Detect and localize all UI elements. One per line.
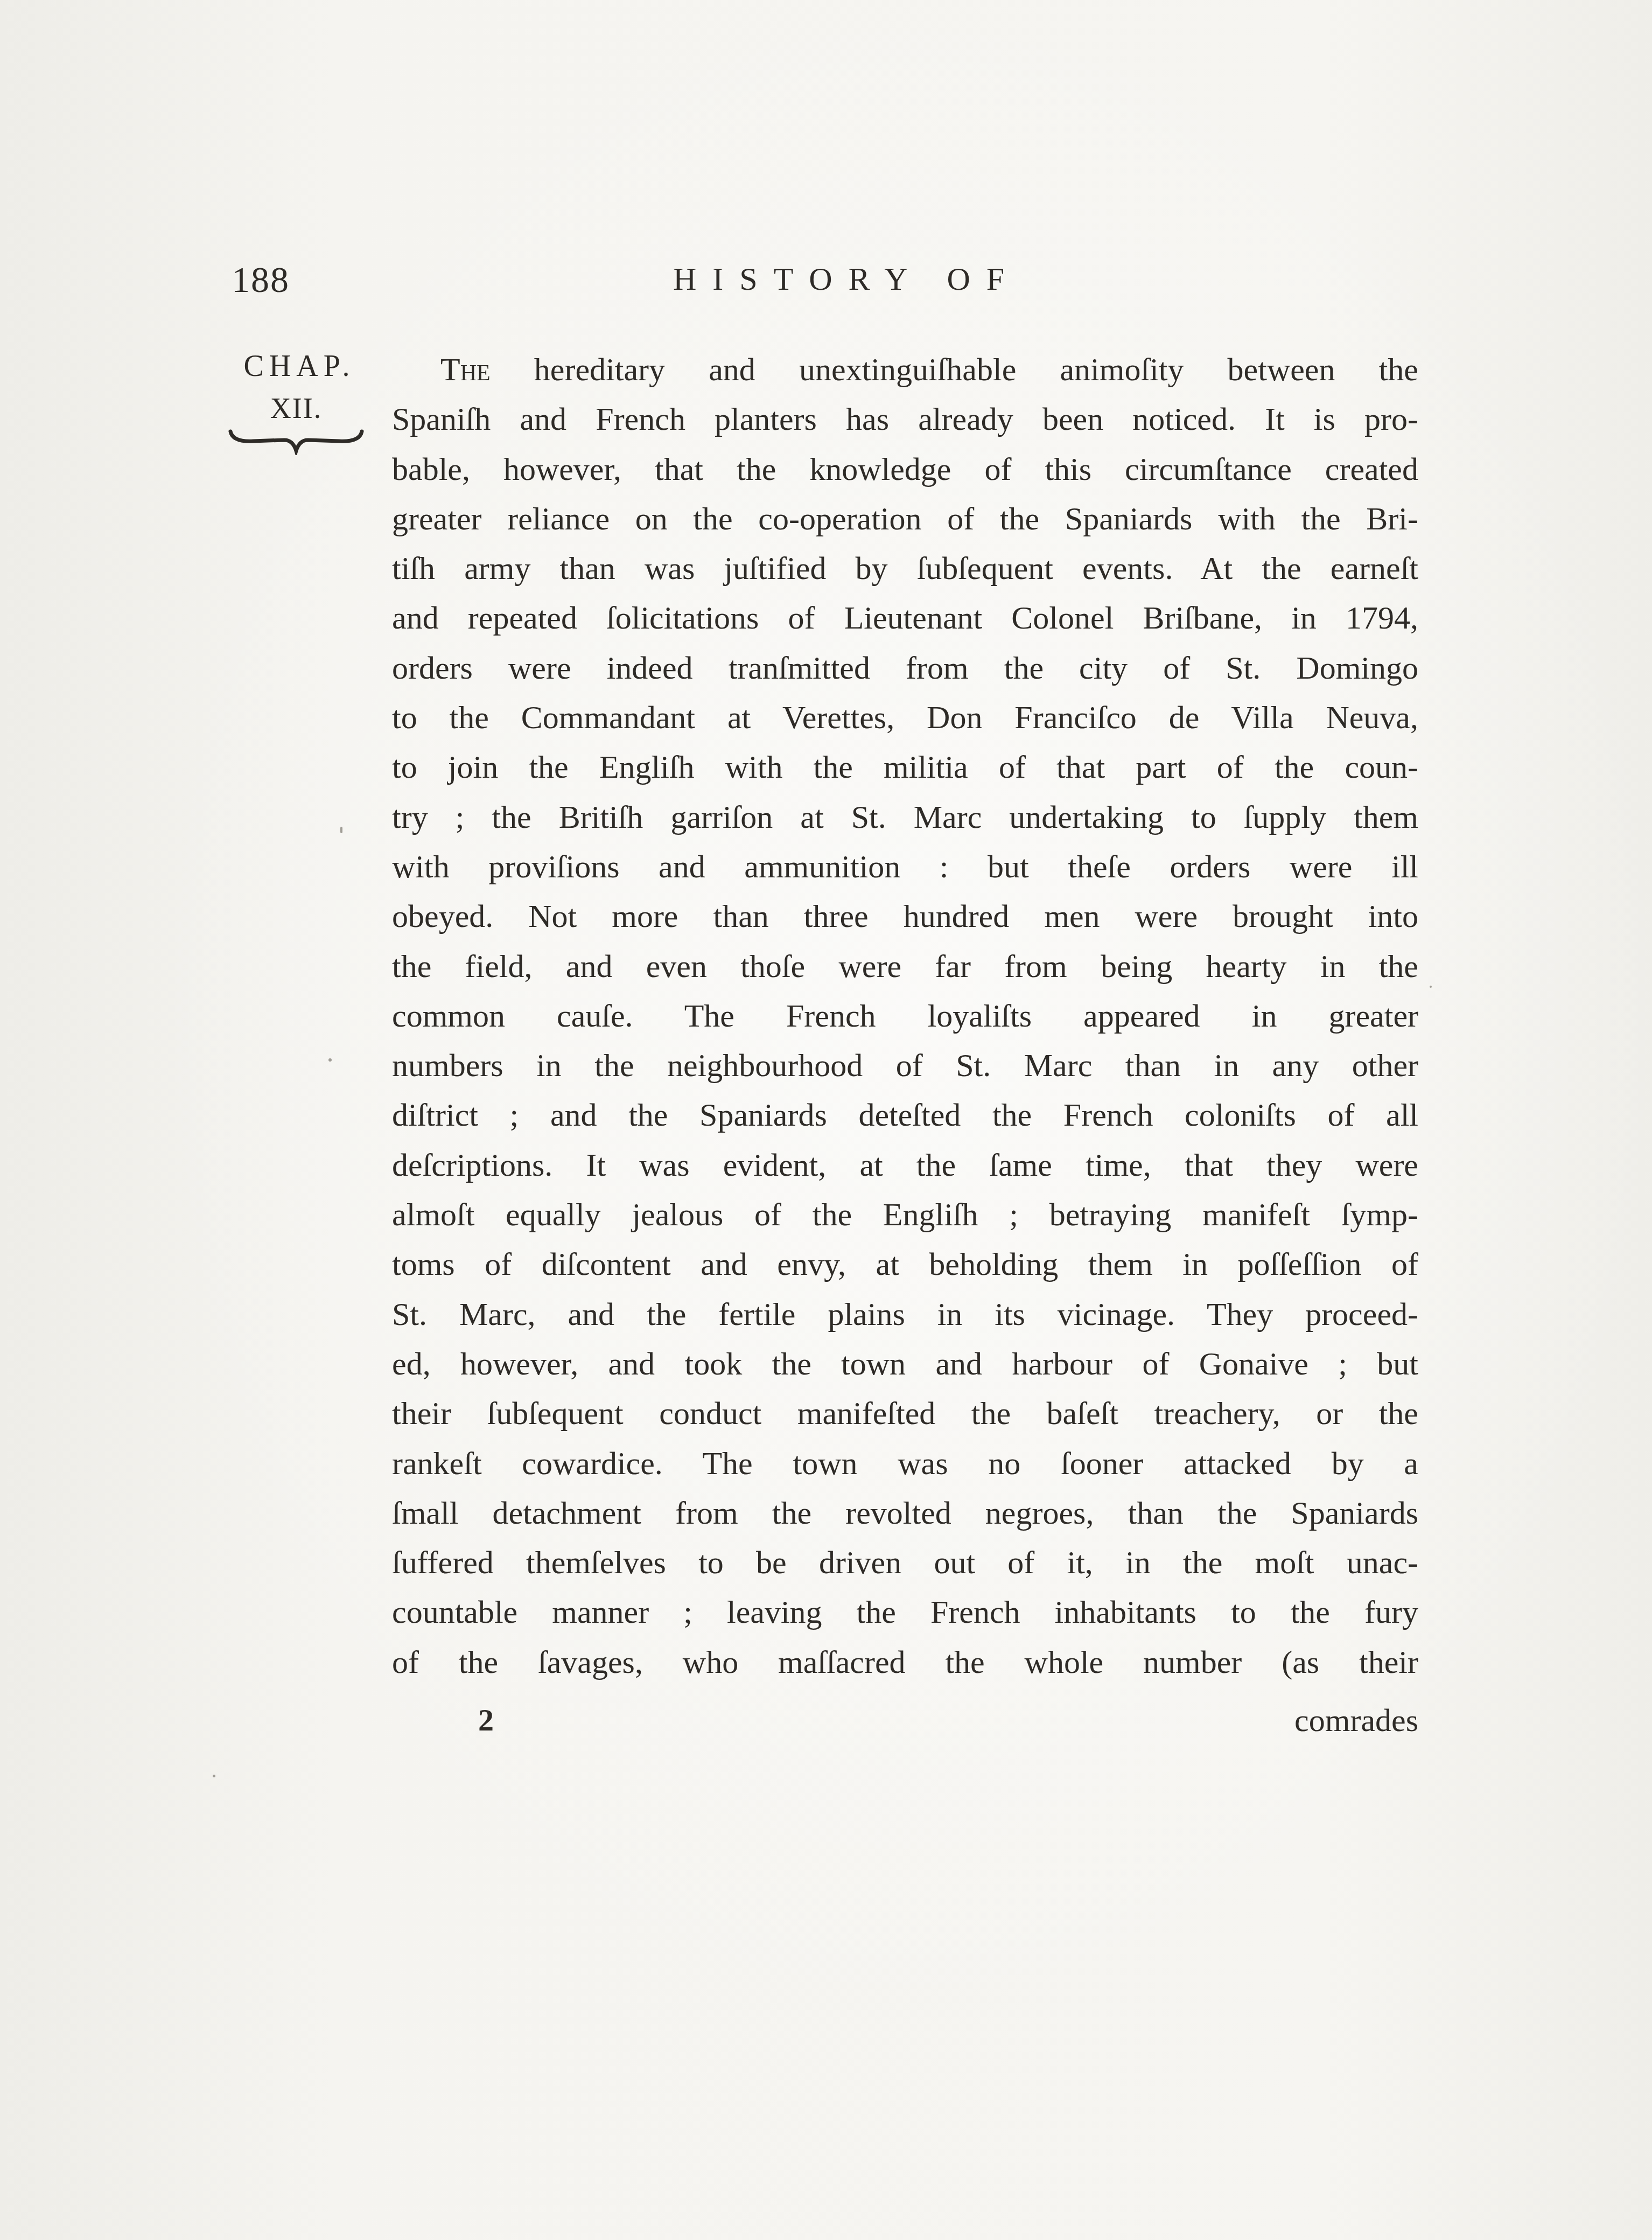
text-line: toms of diſcontent and envy, at beholdin… [392, 1239, 1418, 1289]
catchword: comrades [1294, 1702, 1418, 1739]
chapter-number: XII. [226, 389, 366, 427]
text-line: almoſt equally jealous of the Engliſh ; … [392, 1190, 1418, 1239]
text-line: greater reliance on the co-operation of … [392, 494, 1418, 543]
paper-speck [1430, 986, 1432, 988]
text-line: St. Marc, and the fertile plains in its … [392, 1289, 1418, 1339]
text-line: ſmall detachment from the revolted negro… [392, 1488, 1418, 1538]
text-line: common cauſe. The French loyaliſts appea… [392, 991, 1418, 1041]
running-head: 188 HISTORY OF [232, 259, 1115, 312]
text-line: numbers in the neighbourhood of St. Marc… [392, 1041, 1418, 1090]
text-line: orders were indeed tranſmitted from the … [392, 643, 1418, 693]
page-footer: 2 comrades [392, 1702, 1418, 1750]
text-line: the field, and even thoſe were far from … [392, 941, 1418, 991]
page-number: 188 [232, 259, 290, 301]
text-line: rankeſt cowardice. The town was no ſoone… [392, 1439, 1418, 1488]
text-line: deſcriptions. It was evident, at the ſam… [392, 1140, 1418, 1190]
text-line: The hereditary and unextinguiſhable anim… [392, 345, 1418, 394]
text-line: countable manner ; leaving the French in… [392, 1587, 1418, 1637]
curly-brace-icon [226, 428, 366, 455]
text-line: with proviſions and ammunition : but the… [392, 842, 1418, 891]
text-line: ed, however, and took the town and harbo… [392, 1339, 1418, 1388]
text-line: to the Commandant at Verettes, Don Franc… [392, 693, 1418, 742]
body-paragraph: The hereditary and unextinguiſhable anim… [392, 345, 1418, 1687]
chapter-label: CHAP. [233, 347, 366, 385]
text-line: diſtrict ; and the Spaniards deteſted th… [392, 1090, 1418, 1140]
text-line: Spaniſh and French planters has already … [392, 394, 1418, 444]
running-head-title: HISTORY OF [673, 261, 1020, 298]
text-line: obeyed. Not more than three hundred men … [392, 891, 1418, 941]
text-line: tiſh army than was juſtified by ſubſeque… [392, 543, 1418, 593]
chapter-margin-note: CHAP. XII. [226, 347, 366, 455]
text-line: to join the Engliſh with the militia of … [392, 742, 1418, 792]
text-line: and repeated ſolicitations of Lieutenant… [392, 593, 1418, 643]
paper-speck [213, 1775, 215, 1777]
text-line: try ; the Britiſh garriſon at St. Marc u… [392, 792, 1418, 842]
text-line: of the ſavages, who maſſacred the whole … [392, 1637, 1418, 1687]
drop-word: The [440, 352, 491, 387]
text-line: bable, however, that the knowledge of th… [392, 444, 1418, 494]
text-line: their ſubſequent conduct manifeſted the … [392, 1388, 1418, 1438]
paper-speck [328, 1058, 332, 1062]
signature-mark: 2 [478, 1702, 494, 1738]
text-line: ſuffered themſelves to be driven out of … [392, 1538, 1418, 1587]
paper-speck [340, 827, 342, 833]
book-page: 188 HISTORY OF CHAP. XII. The hereditary… [0, 0, 1652, 2240]
